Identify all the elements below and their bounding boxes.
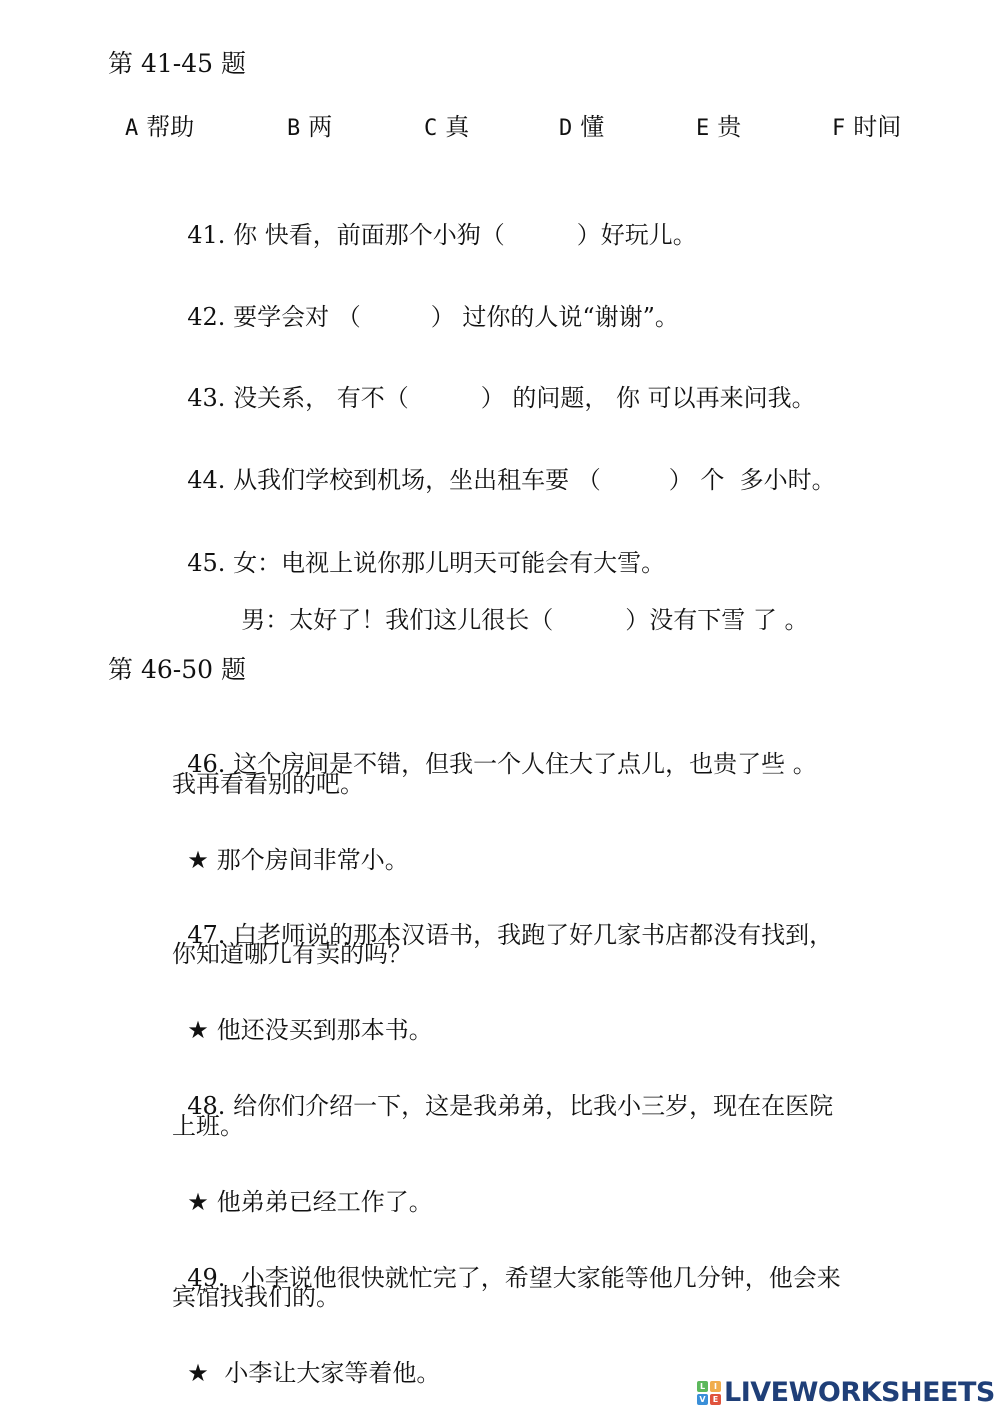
question-text-after: ） 个 多小时。 bbox=[669, 466, 836, 494]
answer-blank-42[interactable] bbox=[361, 303, 431, 331]
question-46-line1: 46. 这个房间是不错，但我一个人住大了点儿，也贵了些 。 bbox=[172, 722, 817, 750]
question-number: 41. bbox=[187, 221, 225, 249]
question-number: 44. bbox=[187, 466, 225, 494]
option-letter: C bbox=[424, 116, 437, 141]
statement-text: 他弟弟已经工作了。 bbox=[217, 1188, 433, 1216]
option-letter: A bbox=[125, 116, 138, 141]
question-text-after: ）好玩儿。 bbox=[577, 221, 697, 249]
logo-tile-l: L bbox=[697, 1381, 708, 1392]
logo-tile-i: I bbox=[710, 1381, 721, 1392]
star-icon: ★ bbox=[187, 1188, 209, 1216]
question-45-line1: 45. 女：电视上说你那儿明天可能会有大雪。 bbox=[172, 521, 665, 549]
section-heading-41-45: 第 41-45 题 bbox=[108, 50, 246, 78]
question-text: 女：电视上说你那儿明天可能会有大雪。 bbox=[233, 549, 665, 577]
question-text-after: ）没有下雪 了 。 bbox=[625, 606, 808, 634]
word-option-c: C真 bbox=[424, 113, 469, 143]
option-word: 两 bbox=[308, 113, 332, 141]
question-text-before: 要学会对 （ bbox=[233, 303, 361, 331]
option-word: 懂 bbox=[580, 113, 604, 141]
question-number: 43. bbox=[187, 384, 225, 412]
star-icon: ★ bbox=[187, 1359, 209, 1387]
option-word: 帮助 bbox=[146, 113, 194, 141]
option-letter: B bbox=[287, 116, 300, 141]
logo-text: LIVEWORKSHEETS bbox=[724, 1378, 995, 1408]
logo-tiles-icon: L I V E bbox=[697, 1381, 721, 1405]
statement-47[interactable]: ★他还没买到那本书。 bbox=[172, 988, 433, 1016]
question-text-before: 没关系， 有不（ bbox=[233, 384, 409, 412]
statement-text: 小李让大家等着他。 bbox=[217, 1359, 441, 1387]
option-word: 时间 bbox=[853, 113, 901, 141]
question-42: 42. 要学会对 （） 过你的人说“谢谢”。 bbox=[172, 275, 679, 303]
question-49-line2: 宾馆找我们的。 bbox=[172, 1283, 340, 1311]
statement-46[interactable]: ★那个房间非常小。 bbox=[172, 818, 409, 846]
question-47-line2: 你知道哪儿有卖的吗？ bbox=[172, 940, 412, 968]
word-option-b: B两 bbox=[287, 113, 332, 143]
statement-49[interactable]: ★ 小李让大家等着他。 bbox=[172, 1331, 440, 1359]
liveworksheets-logo: L I V E LIVEWORKSHEETS bbox=[697, 1378, 995, 1408]
option-letter: F bbox=[832, 116, 845, 141]
option-word: 贵 bbox=[717, 113, 741, 141]
answer-blank-41[interactable] bbox=[505, 221, 577, 249]
question-number: 42. bbox=[187, 303, 225, 331]
question-46-line2: 我再看看别的吧。 bbox=[172, 770, 364, 798]
statement-text: 那个房间非常小。 bbox=[217, 846, 409, 874]
question-43: 43. 没关系， 有不（） 的问题， 你 可以再来问我。 bbox=[172, 356, 816, 384]
answer-blank-45[interactable] bbox=[553, 606, 625, 634]
question-48-line2: 上班。 bbox=[172, 1112, 244, 1140]
word-option-d: D懂 bbox=[559, 113, 604, 143]
question-41: 41. 你 快看，前面那个小狗（）好玩儿。 bbox=[172, 193, 697, 221]
question-number: 45. bbox=[187, 549, 225, 577]
question-49-line1: 49. 小李说他很快就忙完了，希望大家能等他几分钟，他会来 bbox=[172, 1236, 841, 1264]
question-48-line1: 48. 给你们介绍一下，这是我弟弟，比我小三岁，现在在医院 bbox=[172, 1064, 833, 1092]
word-option-e: E贵 bbox=[696, 113, 741, 143]
section-heading-46-50: 第 46-50 题 bbox=[108, 656, 246, 684]
question-47-line1: 47. 白老师说的那本汉语书，我跑了好几家书店都没有找到， bbox=[172, 893, 833, 921]
logo-tile-e: E bbox=[710, 1394, 721, 1405]
answer-blank-43[interactable] bbox=[409, 384, 481, 412]
question-text-before: 男：太好了！我们这儿很长（ bbox=[241, 606, 553, 634]
question-text-after: ） 的问题， 你 可以再来问我。 bbox=[481, 384, 816, 412]
question-text-after: ） 过你的人说“谢谢”。 bbox=[431, 303, 679, 331]
question-44: 44. 从我们学校到机场，坐出租车要 （） 个 多小时。 bbox=[172, 438, 836, 466]
logo-tile-v: V bbox=[697, 1394, 708, 1405]
question-45-line2: 男：太好了！我们这儿很长（）没有下雪 了 。 bbox=[226, 578, 809, 606]
word-option-a: A帮助 bbox=[125, 113, 194, 143]
statement-48[interactable]: ★他弟弟已经工作了。 bbox=[172, 1160, 433, 1188]
star-icon: ★ bbox=[187, 846, 209, 874]
statement-text: 他还没买到那本书。 bbox=[217, 1016, 433, 1044]
question-text: 给你们介绍一下，这是我弟弟，比我小三岁，现在在医院 bbox=[233, 1092, 833, 1120]
star-icon: ★ bbox=[187, 1016, 209, 1044]
option-letter: D bbox=[559, 116, 572, 141]
question-text-before: 从我们学校到机场，坐出租车要 （ bbox=[233, 466, 601, 494]
word-option-f: F时间 bbox=[832, 113, 901, 143]
option-letter: E bbox=[696, 116, 709, 141]
question-text-before: 你 快看，前面那个小狗（ bbox=[233, 221, 505, 249]
option-word: 真 bbox=[445, 113, 469, 141]
answer-blank-44[interactable] bbox=[601, 466, 669, 494]
